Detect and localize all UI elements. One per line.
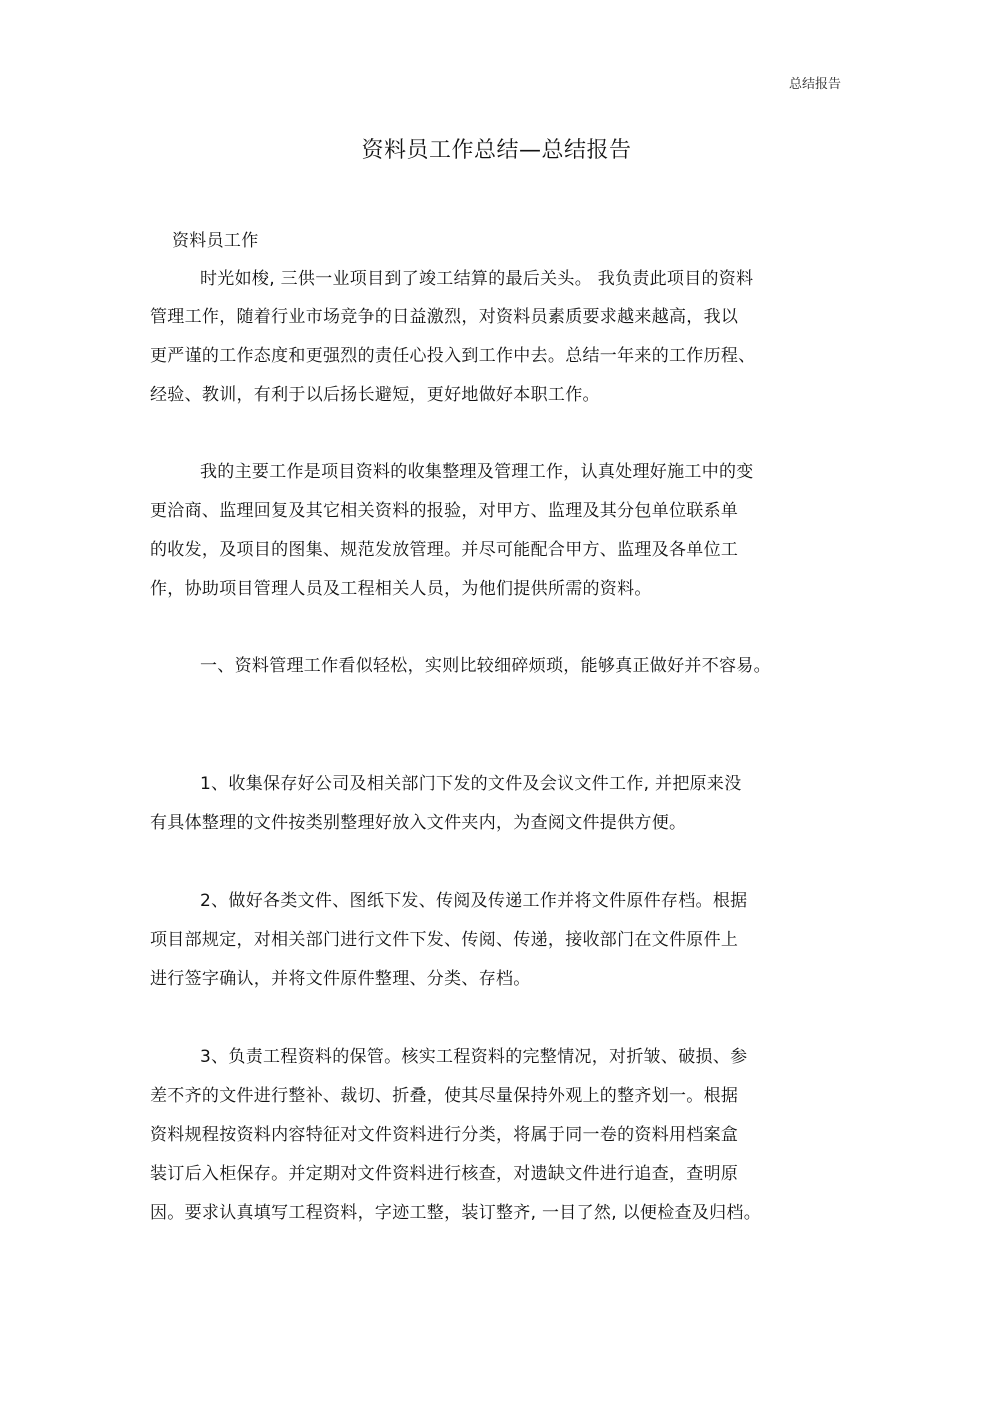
document-page: 总结报告 资料员工作总结—总结报告 资料员工作 时光如梭, 三供一业项目到了竣工…	[0, 0, 993, 1404]
paragraph-line: 2、做好各类文件、图纸下发、传阅及传递工作并将文件原件存档。根据	[200, 886, 747, 911]
paragraph-line: 差不齐的文件进行整补、裁切、折叠，使其尽量保持外观上的整齐划一。根据	[150, 1081, 738, 1106]
section-subtitle: 资料员工作	[172, 226, 259, 251]
paragraph-line: 时光如梭, 三供一业项目到了竣工结算的最后关头。 我负责此项目的资料	[200, 264, 753, 289]
paragraph-line: 装订后入柜保存。并定期对文件资料进行核查，对遗缺文件进行追查，查明原	[150, 1159, 738, 1184]
paragraph-line: 我的主要工作是项目资料的收集整理及管理工作，认真处理好施工中的变	[200, 457, 754, 482]
document-title: 资料员工作总结—总结报告	[0, 133, 993, 164]
paragraph-line: 更洽商、监理回复及其它相关资料的报验，对甲方、监理及其分包单位联系单	[150, 496, 738, 521]
paragraph-line: 因。要求认真填写工程资料，字迹工整，装订整齐, 一目了然, 以便检查及归档。	[150, 1198, 761, 1223]
paragraph-line: 更严谨的工作态度和更强烈的责任心投入到工作中去。总结一年来的工作历程、	[150, 341, 756, 366]
page-header: 总结报告	[789, 73, 841, 92]
paragraph-line: 经验、教训，有利于以后扬长避短，更好地做好本职工作。	[150, 380, 600, 405]
paragraph-line: 资料规程按资料内容特征对文件资料进行分类，将属于同一卷的资料用档案盒	[150, 1120, 738, 1145]
paragraph-line: 3、负责工程资料的保管。核实工程资料的完整情况，对折皱、破损、参	[200, 1042, 747, 1067]
paragraph-line: 作，协助项目管理人员及工程相关人员，为他们提供所需的资料。	[150, 574, 652, 599]
paragraph-line: 有具体整理的文件按类别整理好放入文件夹内，为查阅文件提供方便。	[150, 808, 686, 833]
paragraph-line: 管理工作，随着行业市场竞争的日益激烈，对资料员素质要求越来越高，我以	[150, 302, 738, 327]
paragraph-line: 1、收集保存好公司及相关部门下发的文件及会议文件工作, 并把原来没	[200, 769, 742, 794]
section-heading: 一、资料管理工作看似轻松，实则比较细碎烦琐，能够真正做好并不容易。	[200, 651, 771, 676]
paragraph-line: 项目部规定，对相关部门进行文件下发、传阅、传递，接收部门在文件原件上	[150, 925, 738, 950]
paragraph-line: 进行签字确认，并将文件原件整理、分类、存档。	[150, 964, 531, 989]
paragraph-line: 的收发，及项目的图集、规范发放管理。并尽可能配合甲方、监理及各单位工	[150, 535, 738, 560]
